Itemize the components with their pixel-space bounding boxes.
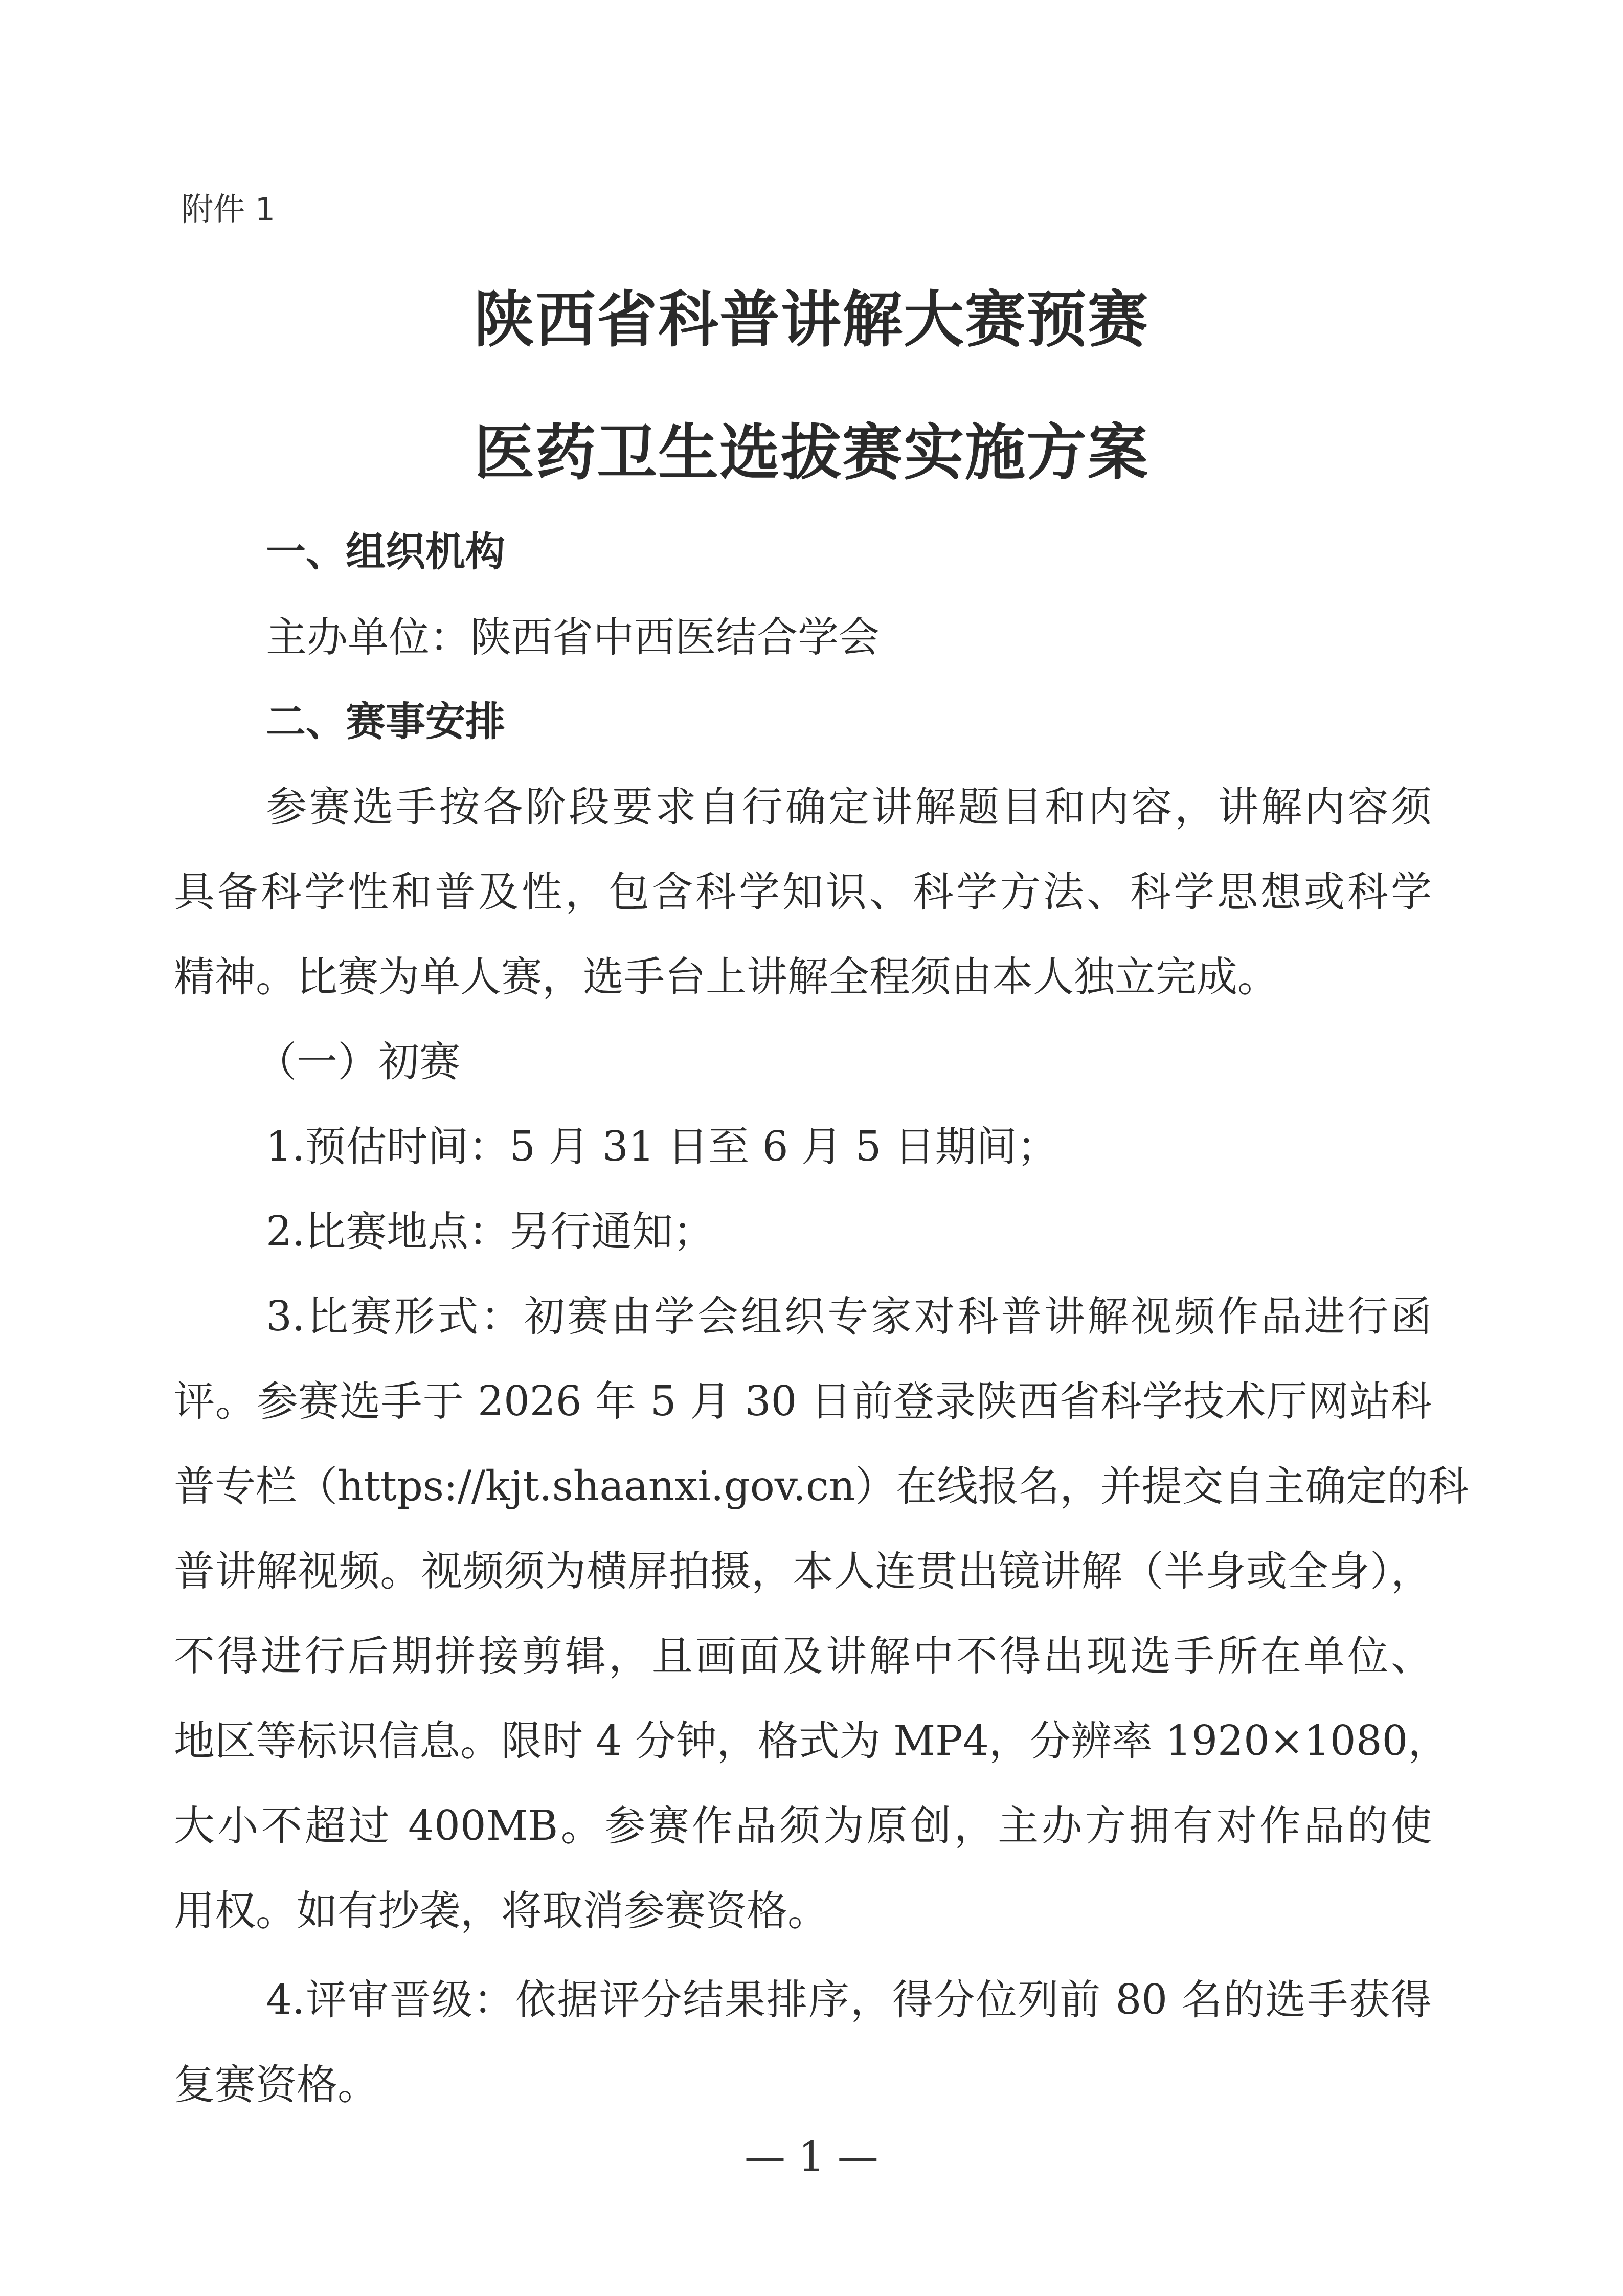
item-estimated-time: 1.预估时间：5 月 31 日至 6 月 5 日期间； bbox=[266, 1121, 1058, 1172]
section-heading-schedule: 二、赛事安排 bbox=[266, 697, 505, 748]
intro-paragraph-line: 具备科学性和普及性，包含科学知识、科学方法、科学思想或科学 bbox=[174, 866, 1432, 918]
intro-paragraph-line: 参赛选手按各阶段要求自行确定讲解题目和内容，讲解内容须 bbox=[266, 782, 1432, 833]
item-format-line: 不得进行后期拼接剪辑，且画面及讲解中不得出现选手所在单位、 bbox=[174, 1631, 1432, 1682]
document-page: 附件 1 陕西省科普讲解大赛预赛 医药卫生选拔赛实施方案 一、组织机构 主办单位… bbox=[0, 0, 1623, 2296]
item-advancement-line: 4.评审晋级：依据评分结果排序，得分位列前 80 名的选手获得 bbox=[266, 1974, 1432, 2025]
item-format-line: 普讲解视频。视频须为横屏拍摄，本人连贯出镜讲解（半身或全身）， bbox=[174, 1546, 1432, 1597]
item-advancement-line: 复赛资格。 bbox=[174, 2059, 1432, 2110]
page-number: — 1 — bbox=[0, 2133, 1623, 2180]
item-format-line: 3.比赛形式：初赛由学会组织专家对科普讲解视频作品进行函 bbox=[266, 1291, 1432, 1342]
item-venue: 2.比赛地点：另行通知； bbox=[266, 1206, 714, 1257]
item-format-line: 地区等标识信息。限时 4 分钟，格式为 MP4，分辨率 1920×1080， bbox=[174, 1715, 1432, 1767]
document-title-line-1: 陕西省科普讲解大赛预赛 bbox=[0, 271, 1623, 358]
item-format-line: 用权。如有抄袭，将取消参赛资格。 bbox=[174, 1885, 1432, 1936]
section-heading-organization: 一、组织机构 bbox=[266, 527, 505, 578]
subsection-heading-preliminary: （一）初赛 bbox=[256, 1036, 460, 1087]
item-format-line-with-url: 普专栏（https://kjt.shaanxi.gov.cn）在线报名，并提交自… bbox=[174, 1461, 1432, 1512]
attachment-label: 附件 1 bbox=[182, 184, 275, 230]
item-format-line: 评。参赛选手于 2026 年 5 月 30 日前登录陕西省科学技术厅网站科 bbox=[174, 1376, 1432, 1427]
document-title-line-2: 医药卫生选拔赛实施方案 bbox=[0, 404, 1623, 491]
item-format-line: 大小不超过 400MB。参赛作品须为原创，主办方拥有对作品的使 bbox=[174, 1800, 1432, 1852]
intro-paragraph-line: 精神。比赛为单人赛，选手台上讲解全程须由本人独立完成。 bbox=[174, 951, 1432, 1002]
organizer-line: 主办单位：陕西省中西医结合学会 bbox=[266, 612, 880, 663]
